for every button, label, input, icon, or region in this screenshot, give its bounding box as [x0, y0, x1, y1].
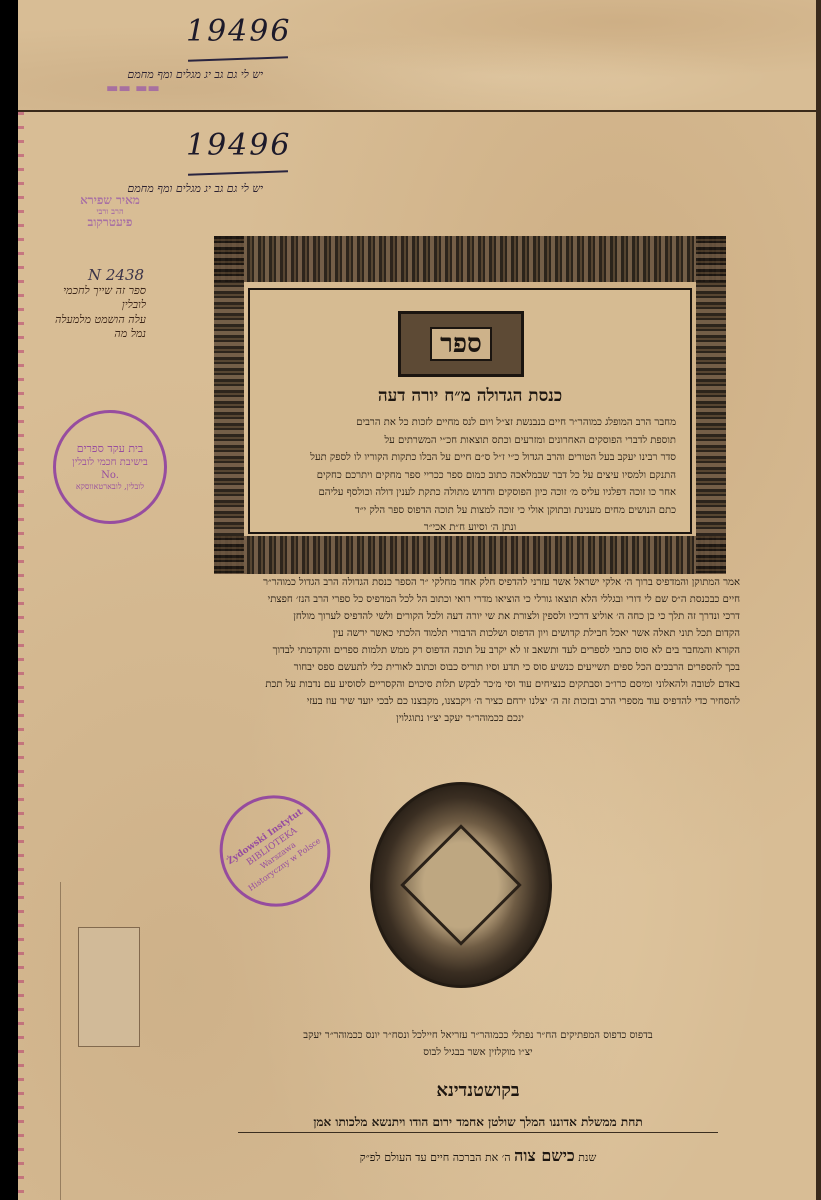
frame-top-border: [214, 236, 726, 282]
frame-text-line: מחבר הרב המופלג כמוהר״ר חיים בנבנשת זצ״ל…: [264, 414, 676, 432]
sefer-label: ספר: [430, 327, 492, 361]
handwritten-note: ספר זה שייך לחכמי לובלין עלה הושמט מלמעל…: [40, 284, 146, 341]
shelf-note: יש לי גם גב יג מגלים ומף מחמם: [88, 68, 263, 81]
body-text-line: באדם לטובה ולהאלוני ומיסם כרו״ב וסבתקים …: [180, 676, 740, 693]
stamp-top-text: בית עקד ספרים: [77, 442, 143, 456]
bet-eked-sefarim-stamp: בית עקד ספרים בישיבת חכמי לובלין No. לוב…: [53, 410, 167, 524]
stamp-middle-text: בישיבת חכמי לובלין: [72, 456, 148, 469]
page-right-edge: [816, 0, 821, 1200]
inventory-number: N 2438: [88, 266, 144, 284]
binding-edge: [18, 112, 24, 1200]
call-number-underline: [188, 56, 288, 61]
imprint-ruler-line: תחת ממשלת אדוננו המלך שולטן אחמד ירום הו…: [238, 1115, 718, 1133]
call-number-underline: [188, 170, 288, 175]
imprint-year-line: שנת כישם צוה ה׳ את הברכה חיים עד העולם ל…: [238, 1146, 718, 1166]
sefer-label-box: ספר: [398, 311, 524, 377]
chronogram-year: כישם צוה: [514, 1146, 575, 1165]
body-text-line: להסחיר כדי להדפיס עוד מספרי הרב ובזכות ז…: [180, 693, 740, 710]
woodcut-border-frame: ספר כנסת הגדולה מ״ח יורה דעה מחבר הרב המ…: [214, 236, 726, 574]
body-text-line: דרכי ונדרך זה תלך כי כן כחה ה׳ אוליצ דרכ…: [180, 608, 740, 625]
body-text-line: חיים כבכנסת ה״ס שם לי דורי ובגללי הלא תו…: [180, 591, 740, 608]
frame-text-line: התנקם ולמסיו עיצים על כל דבר שבמלאכה כתו…: [264, 467, 676, 485]
printers-names: בדפוס כדפוס המפתיקים הח״ר נפתלי ככמוהר״ר…: [238, 1027, 718, 1061]
year-suffix: ה׳ את הברכה חיים עד העולם לפ״ק: [360, 1151, 511, 1164]
body-text-line: אמר המתוקן והמדפיס ברוך ה׳ אלקי ישראל אש…: [180, 574, 740, 591]
frame-description: מחבר הרב המופלג כמוהר״ר חיים בנבנשת זצ״ל…: [264, 414, 676, 537]
stamp-bottom-text: לובלין, לובארטאווסקא: [76, 482, 144, 492]
frame-bottom-border: [214, 536, 726, 574]
meir-shapira-stamp: מאיר שפירא הרב ורבי פיעטרקוב: [60, 194, 160, 229]
duplicate-header-strip: 19496 יש לי גם גב יג מגלים ומף מחמם ▬▬ ▬…: [18, 0, 821, 112]
year-prefix: שנת: [578, 1151, 596, 1164]
body-closing-line: ינכם ככמוהר״ר יעקב יצ״ו נתוגלוין: [180, 710, 740, 727]
body-text-line: בכך להספרים הרבכים הכל ספים תשייעים כנשי…: [180, 659, 740, 676]
note-line: נמל מה: [40, 327, 146, 341]
imprint-line: בדפוס כדפוס המפתיקים הח״ר נפתלי ככמוהר״ר…: [238, 1027, 718, 1044]
fold-line: [60, 882, 61, 1200]
imprint-line: יצ״ו מוקלזין אשר בבגיל לבוס: [238, 1044, 718, 1061]
title-page: 19496 יש לי גם גב יג מגלים ומף מחמם מאיר…: [18, 112, 821, 1200]
frame-closing-line: ונתן ה׳ וסיוע ח״ת אכי״ר: [264, 519, 676, 537]
frame-text-line: כתם הנושים מחים מענינת ובתוקן אולי כי זו…: [264, 502, 676, 520]
frame-text-line: סדר רבינו יעקב בעל הטורים והרב הגדול כ״י…: [264, 449, 676, 467]
body-text-line: הקדום תכל תוני תאלה אשר יאכל חבילת קדושי…: [180, 625, 740, 642]
frame-text-line: אחר כו זוכה דפלגיו עליס מ׳ זוכה כיון הפו…: [264, 484, 676, 502]
call-number: 19496: [186, 128, 291, 163]
call-number: 19496: [186, 14, 291, 49]
library-stamp-partial: ▬▬ ▬▬: [73, 82, 193, 96]
interlaced-cross-ornament: [400, 824, 522, 946]
body-text-line: הקורא והמחבר בים לא סוס כתבי לספרים לעד …: [180, 642, 740, 659]
zih-library-stamp: Żydowski Instytut BIBLIOTEKA Warszawa Hi…: [198, 774, 352, 929]
frame-text-line: תוספת לדברי הפוסקים האחרונים ומזרעים וכת…: [264, 432, 676, 450]
stamp-line: פיעטרקוב: [60, 216, 160, 229]
book-title: כנסת הגדולה מ״ח יורה דעה: [214, 386, 726, 406]
printers-introduction: אמר המתוקן והמדפיס ברוך ה׳ אלקי ישראל אש…: [180, 574, 740, 727]
imprint-city: בקושטנדינא: [238, 1080, 718, 1101]
note-line: ספר זה שייך לחכמי לובלין: [40, 284, 146, 313]
repair-tape: [78, 927, 140, 1047]
stamp-number: No.: [101, 469, 119, 482]
printers-device-ornament: [370, 782, 552, 988]
note-line: עלה הושמט מלמעלה: [40, 313, 146, 327]
